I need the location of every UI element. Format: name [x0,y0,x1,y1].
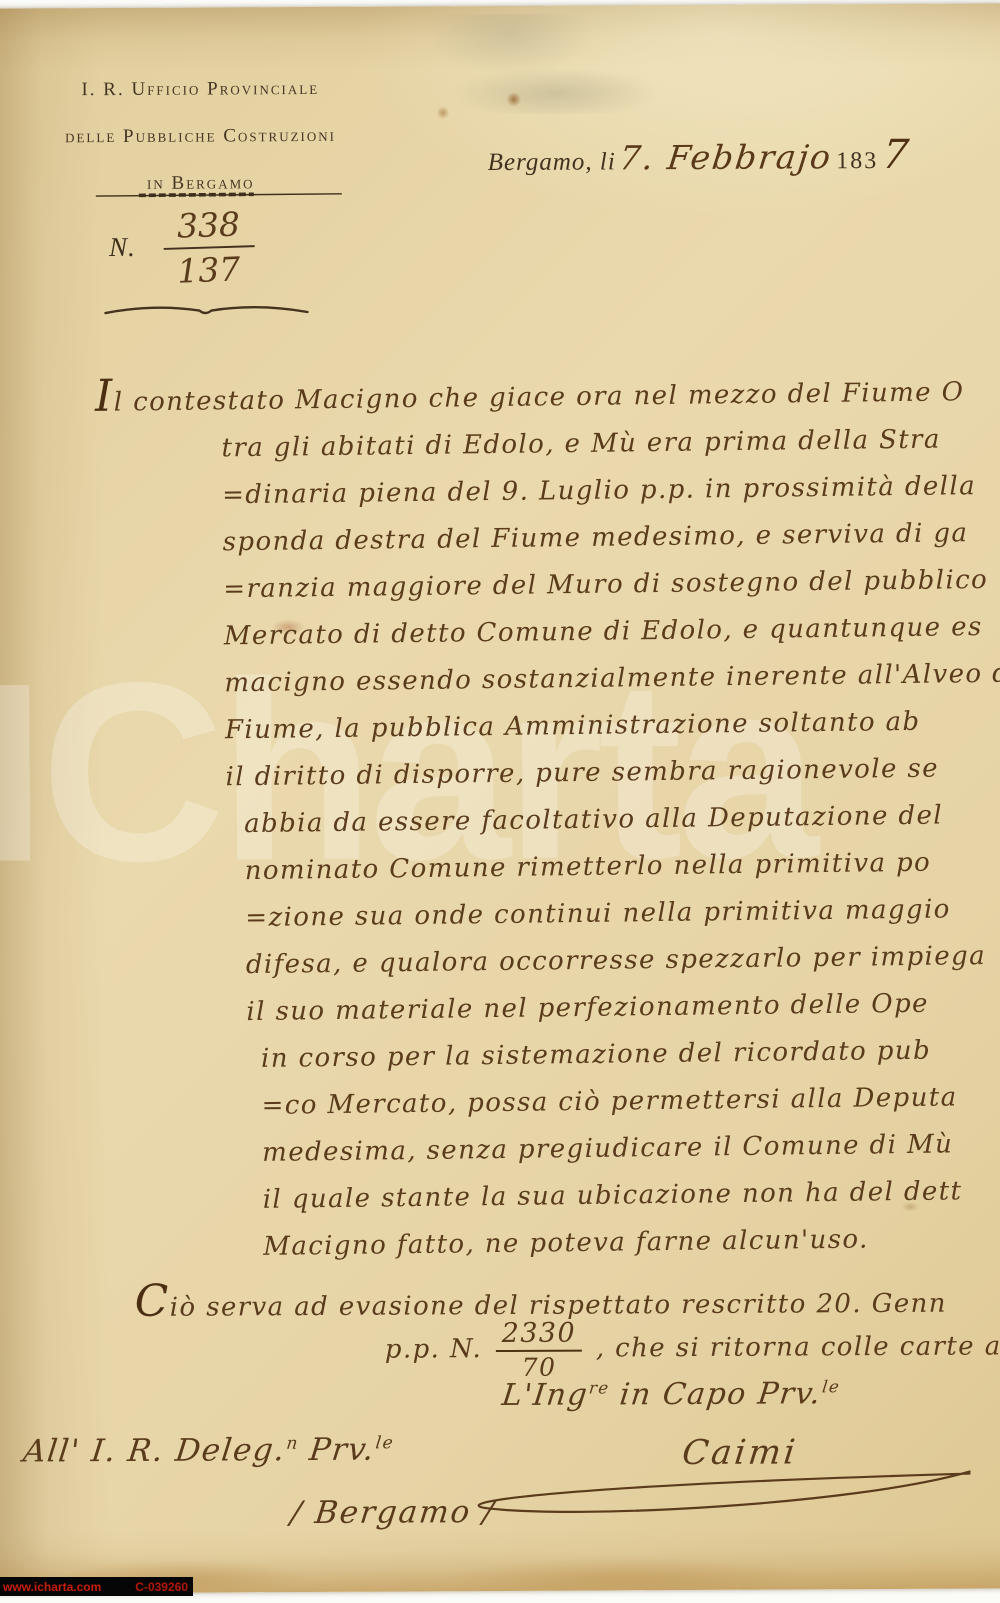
closing-ref-numerator: 2330 [496,1318,583,1352]
dateline-place-printed: Bergamo, li [488,148,616,176]
reference-label: N. [109,232,136,263]
foxing-spot [506,92,521,107]
recipient-text: Prv. [296,1432,377,1468]
signature-title-superscript: re [588,1378,611,1397]
recipient-line-1: All' I. R. Deleg.n Prv.le [21,1432,395,1470]
dateline: Bergamo, li 7. Febbrajo 183 7 [488,132,908,180]
decorative-rule [94,187,344,198]
letterhead: I. R. Ufficio Provinciale delle Pubblich… [45,65,356,208]
reference-denominator: 137 [162,247,255,292]
signature-title-text: L'Ing [500,1378,590,1413]
foxing-spot [436,106,449,119]
dateline-day-month-handwritten: 7. Febbrajo [617,137,834,177]
paper-sheet: ICharta I. R. Ufficio Provinciale delle … [0,3,1000,1593]
letterhead-line-2: delle Pubbliche Costruzioni [45,112,355,161]
signature-title: L'Ingre in Capo Prv.le [500,1376,841,1413]
letter-body: Il contestato Macigno che giace ora nel … [0,362,1000,1274]
crease-stain [420,13,721,115]
closing-suffix: , che si ritorna colle carte annes [596,1331,1000,1363]
recipient-text: All' I. R. Deleg. [21,1432,287,1469]
closing-prefix: p.p. [385,1334,441,1364]
dateline-year-digit-handwritten: 7 [879,132,910,178]
archive-site-text: www.icharta.com [3,1580,101,1594]
dateline-year-printed: 183 [836,148,878,174]
reference-numerator: 338 [162,204,254,250]
printed-brace-ornament [101,301,311,325]
closing-line-2: p.p. N. 2330 70 , che si ritorna colle c… [385,1315,1000,1383]
archive-code: C-039260 [135,1580,188,1594]
signature-title-text: in Capo Prv. [607,1376,824,1412]
body-line: il quale stante la sua ubicazione non ha… [262,1168,999,1224]
letterhead-line-1: I. R. Ufficio Provinciale [45,65,355,114]
signature-title-superscript: le [821,1377,841,1396]
closing-ref-fraction: 2330 70 [496,1318,583,1382]
scanned-letter: ICharta I. R. Ufficio Provinciale delle … [0,0,1000,1603]
recipient-line-2: / Bergamo / [289,1494,498,1531]
closing-ref-label: N. [450,1334,482,1364]
body-line: Macigno fatto, ne poteva farne alcun'uso… [263,1215,1000,1271]
archive-label: www.icharta.com C-039260 [0,1577,193,1596]
reference-fraction: 338 137 [163,205,254,289]
signature-flourish [438,1466,978,1524]
recipient-superscript: le [374,1433,395,1453]
